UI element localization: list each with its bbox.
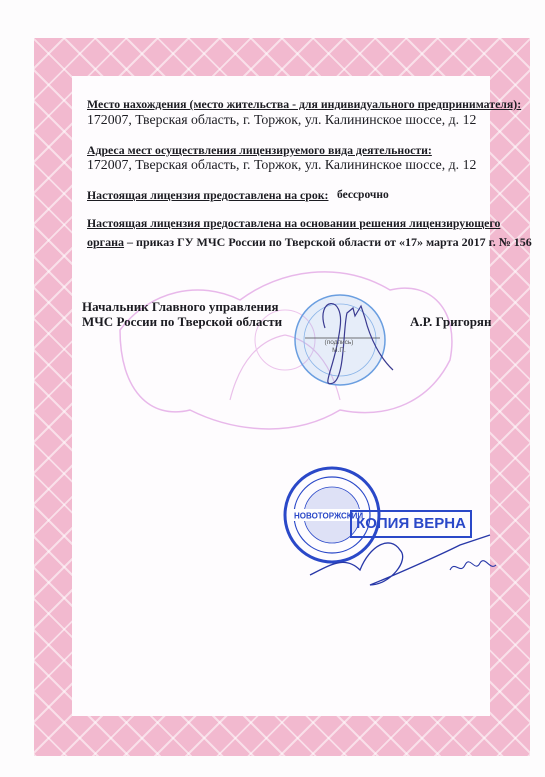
- seal-caption-mp: М.П.: [318, 347, 360, 355]
- location-label: Место нахождения (место жительства - для…: [87, 96, 521, 112]
- signature-caption: (подпись): [318, 339, 360, 347]
- basis-label-line1: Настоящая лицензия предоставлена на осно…: [87, 215, 500, 231]
- signatory-name: А.Р. Григорян: [410, 314, 491, 329]
- activity-address-label: Адреса мест осуществления лицензируемого…: [87, 142, 432, 158]
- term-label: Настоящая лицензия предоставлена на срок…: [87, 187, 328, 203]
- handwritten-signature-icon: [300, 525, 500, 595]
- basis-label-line2: органа: [87, 235, 124, 249]
- basis-line2: органа – приказ ГУ МЧС России по Тверско…: [87, 234, 532, 250]
- signatory-position: Начальник Главного управления МЧС России…: [82, 299, 282, 329]
- activity-address-value: 172007, Тверская область, г. Торжок, ул.…: [87, 157, 476, 173]
- position-line2: МЧС России по Тверской области: [82, 314, 282, 329]
- position-line1: Начальник Главного управления: [82, 299, 282, 314]
- location-value: 172007, Тверская область, г. Торжок, ул.…: [87, 112, 476, 128]
- term-value: бессрочно: [337, 187, 389, 203]
- basis-value: – приказ ГУ МЧС России по Тверской облас…: [124, 235, 532, 249]
- seal-caption: (подпись) М.П.: [318, 339, 360, 355]
